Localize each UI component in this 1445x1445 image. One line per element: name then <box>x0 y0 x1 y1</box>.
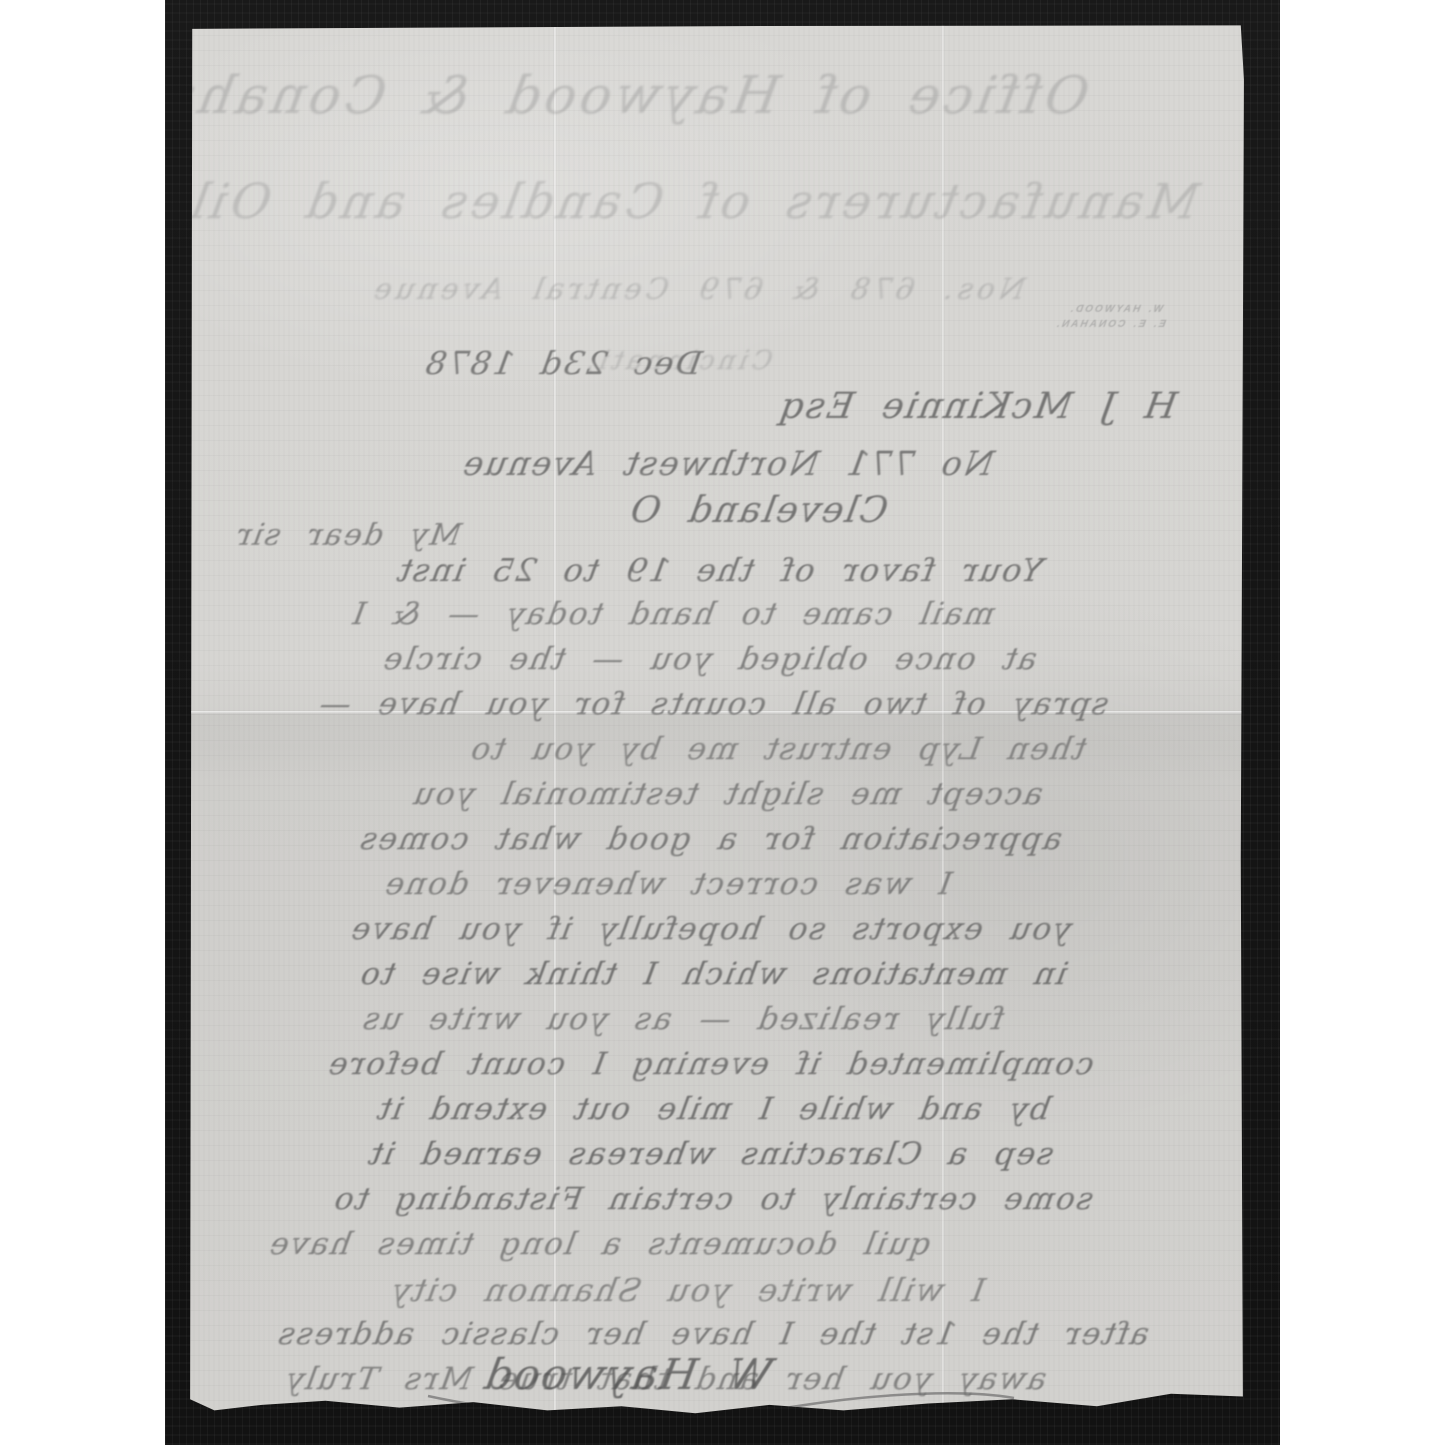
letter-sheet: Office of Haywood & Conahan. Manufacture… <box>188 24 1245 1416</box>
letter-photo: Office of Haywood & Conahan. Manufacture… <box>165 0 1280 1445</box>
signature-flourish <box>188 24 1245 1416</box>
screenshot: Office of Haywood & Conahan. Manufacture… <box>0 0 1445 1445</box>
